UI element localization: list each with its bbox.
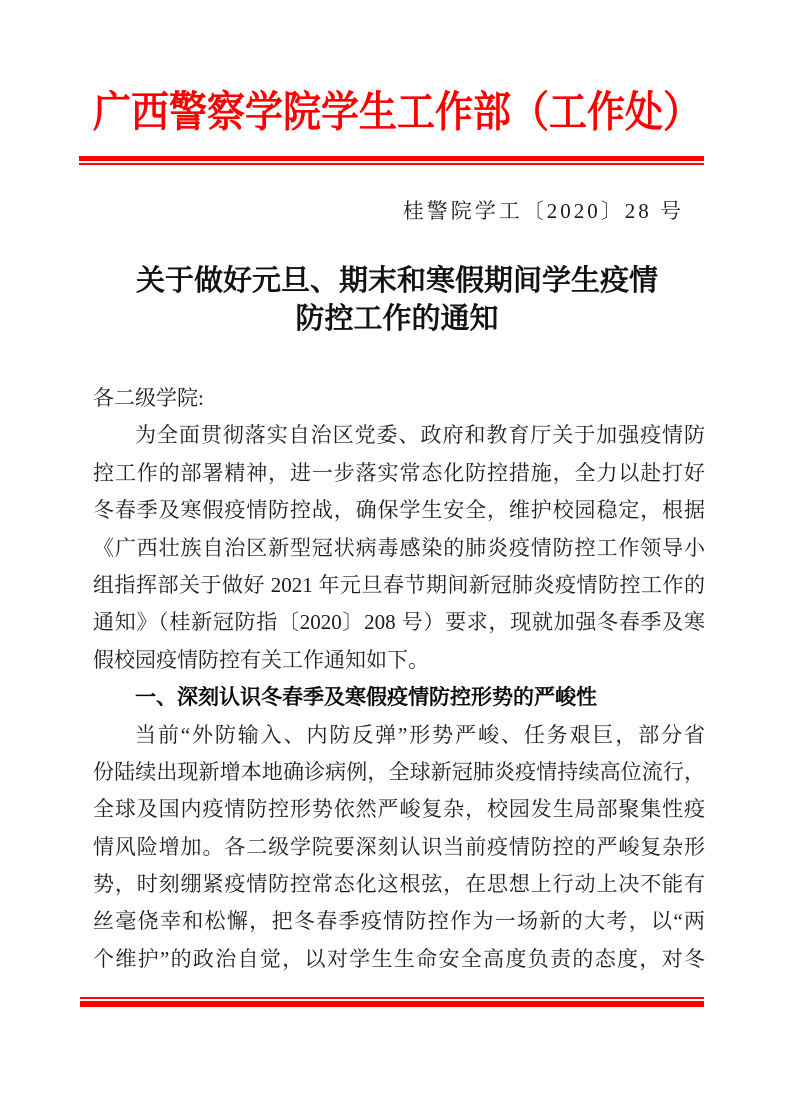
section-heading: 一、深刻认识冬春季及寒假疫情防控形势的严峻性 bbox=[93, 679, 705, 716]
body-line: 组指挥部关于做好 2021 年元旦春节期间新冠肺炎疫情防控工作的 bbox=[93, 567, 705, 604]
body-line: 当前“外防输入、内防反弹”形势严峻、任务艰巨，部分省 bbox=[93, 717, 705, 754]
body-line: 为全面贯彻落实自治区党委、政府和教育厅关于加强疫情防 bbox=[93, 417, 705, 454]
document-title-line2: 防控工作的通知 bbox=[0, 300, 794, 338]
document-number: 桂警院学工〔2020〕28 号 bbox=[403, 196, 684, 226]
letterhead-org-name: 广西警察学院学生工作部（工作处） bbox=[0, 87, 794, 139]
body-line: 个维护”的政治自觉，以对学生生命安全高度负责的态度，对冬 bbox=[93, 941, 705, 978]
body-line: 假校园疫情防控有关工作通知如下。 bbox=[93, 642, 705, 679]
document-body: 各二级学院: 为全面贯彻落实自治区党委、政府和教育厅关于加强疫情防 控工作的部署… bbox=[93, 380, 705, 978]
body-line: 势，时刻绷紧疫情防控常态化这根弦，在思想上行动上决不能有 bbox=[93, 866, 705, 903]
body-line: 通知》（桂新冠防指〔2020〕208 号）要求，现就加强冬春季及寒 bbox=[93, 604, 705, 641]
body-line: 冬春季及寒假疫情防控战，确保学生安全，维护校园稳定，根据 bbox=[93, 492, 705, 529]
body-line: 《广西壮族自治区新型冠状病毒感染的肺炎疫情防控工作领导小 bbox=[93, 530, 705, 567]
body-line: 情风险增加。各二级学院要深刻认识当前疫情防控的严峻复杂形 bbox=[93, 829, 705, 866]
body-line: 控工作的部署精神，进一步落实常态化防控措施，全力以赴打好 bbox=[93, 455, 705, 492]
salutation: 各二级学院: bbox=[93, 380, 705, 417]
body-line: 全球及国内疫情防控形势依然严峻复杂，校园发生局部聚集性疫 bbox=[93, 791, 705, 828]
body-line: 丝毫侥幸和松懈，把冬春季疫情防控作为一场新的大考，以“两 bbox=[93, 903, 705, 940]
body-line: 份陆续出现新增本地确诊病例，全球新冠肺炎疫情持续高位流行， bbox=[93, 754, 705, 791]
footer-divider bbox=[80, 997, 704, 1007]
document-title-line1: 关于做好元旦、期末和寒假期间学生疫情 bbox=[0, 262, 794, 300]
letterhead-divider-top bbox=[79, 156, 704, 165]
document-page: 广西警察学院学生工作部（工作处） 桂警院学工〔2020〕28 号 关于做好元旦、… bbox=[0, 0, 794, 1108]
document-title: 关于做好元旦、期末和寒假期间学生疫情 防控工作的通知 bbox=[0, 262, 794, 338]
